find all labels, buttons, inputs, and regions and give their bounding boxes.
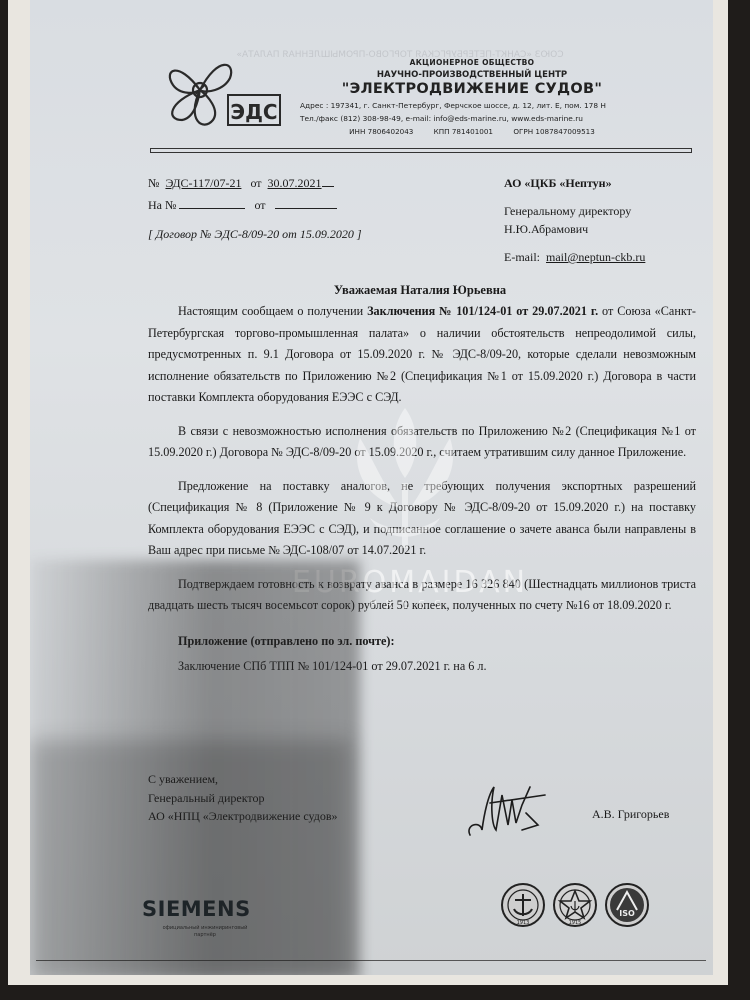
- org-contacts: Тел./факс (812) 308-98-49, e-mail: info@…: [292, 114, 652, 123]
- paragraph: В связи с невозможностью исполнения обяз…: [148, 421, 696, 464]
- addressee-block: АО «ЦКБ «Нептун» Генеральному директору …: [504, 172, 645, 266]
- email-link[interactable]: mail@neptun-ckb.ru: [546, 250, 645, 264]
- org-ids: ИНН 7806402043 КПП 781401001 ОГРН 108784…: [292, 127, 652, 136]
- appendix-title: Приложение (отправлено по эл. почте):: [148, 631, 696, 653]
- number-label: №: [148, 176, 159, 190]
- letter-body: Настоящим сообщаем о получении Заключени…: [148, 301, 696, 690]
- svg-text:ISO: ISO: [619, 909, 635, 918]
- reply-number-blank: [179, 196, 245, 209]
- letterhead: АКЦИОНЕРНОЕ ОБЩЕСТВО НАУЧНО-ПРОИЗВОДСТВЕ…: [292, 58, 652, 136]
- org-kind: НАУЧНО-ПРОИЗВОДСТВЕННЫЙ ЦЕНТР: [292, 70, 652, 80]
- reply-date-blank: [275, 196, 337, 209]
- salutation: Уважаемая Наталия Юрьевна: [150, 283, 690, 298]
- seal-anchor-icon: 1913: [500, 882, 546, 928]
- company-logo-icon: ЭДС: [158, 50, 288, 135]
- from-label: от: [250, 176, 261, 190]
- footer-rule: [36, 960, 706, 961]
- addressee-name: Н.Ю.Абрамович: [504, 220, 645, 238]
- signature-icon: [460, 775, 560, 845]
- letter-date: 30.07.2021: [268, 176, 322, 190]
- email-label: E-mail:: [504, 250, 540, 264]
- org-type: АКЦИОНЕРНОЕ ОБЩЕСТВО: [292, 58, 652, 67]
- letterhead-rule: [150, 148, 692, 153]
- paragraph: Подтверждаем готовность к возврату аванс…: [148, 574, 696, 617]
- org-address: Адрес : 197341, г. Санкт-Петербург, Ферч…: [292, 101, 652, 110]
- closing-block: С уважением, Генеральный директор АО «НП…: [148, 770, 338, 826]
- appendix-item: Заключение СПб ТПП № 101/124-01 от 29.07…: [148, 656, 696, 678]
- contract-reference: [ Договор № ЭДС-8/09-20 от 15.09.2020 ]: [148, 223, 362, 245]
- paragraph: Предложение на поставку аналогов, не тре…: [148, 476, 696, 562]
- org-ogrn: ОГРН 1087847009513: [513, 127, 595, 136]
- org-kpp: КПП 781401001: [434, 127, 493, 136]
- closing-position: Генеральный директор: [148, 789, 338, 808]
- reply-label: На №: [148, 198, 176, 212]
- paragraph: Настоящим сообщаем о получении Заключени…: [148, 301, 696, 409]
- org-inn: ИНН 7806402043: [349, 127, 413, 136]
- seal-iso-icon: ISO: [604, 882, 650, 928]
- letter-references: № ЭДС-117/07-21 от 30.07.2021 На № от [ …: [148, 172, 362, 245]
- certification-seals: 1913 1915 ISO: [500, 882, 650, 928]
- svg-text:1913: 1913: [517, 920, 530, 926]
- signer-name: А.В. Григорьев: [592, 807, 669, 822]
- org-name: "ЭЛЕКТРОДВИЖЕНИЕ СУДОВ": [292, 81, 652, 97]
- partner-caption: официальный инжиниринговый партнёр: [130, 925, 280, 939]
- svg-text:ЭДС: ЭДС: [230, 100, 277, 124]
- addressee-position: Генеральному директору: [504, 202, 645, 220]
- blank-line: [322, 174, 334, 187]
- addressee-email: E-mail: mail@neptun-ckb.ru: [504, 248, 645, 266]
- addressee-company: АО «ЦКБ «Нептун»: [504, 172, 645, 194]
- closing-regards: С уважением,: [148, 770, 338, 789]
- letter-number: ЭДС-117/07-21: [165, 176, 241, 190]
- closing-company: АО «НПЦ «Электродвижение судов»: [148, 807, 338, 826]
- seal-star-icon: 1915: [552, 882, 598, 928]
- partner-logo: SIEMENS: [142, 897, 251, 921]
- reply-from-label: от: [254, 198, 265, 212]
- svg-text:1915: 1915: [569, 920, 582, 926]
- document-page: СОЮЗ «САНКТ-ПЕТЕРБУРГСКАЯ ТОРГОВО-ПРОМЫШ…: [30, 0, 713, 975]
